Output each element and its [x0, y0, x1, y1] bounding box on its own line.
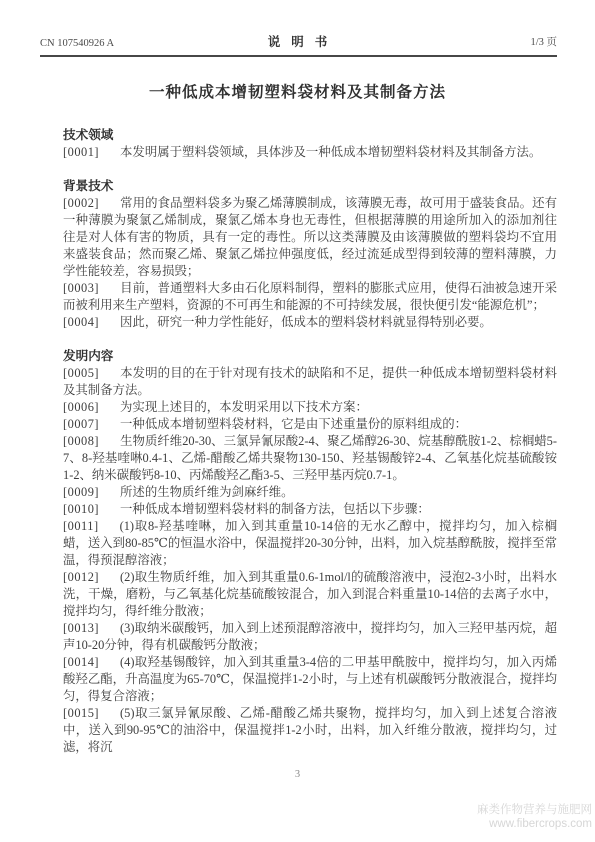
paragraph-text: 本发明的目的在于针对现有技术的缺陷和不足，提供一种低成本增韧塑料袋材料及其制备方… [63, 366, 557, 397]
paragraph-number: [0009] [63, 485, 99, 499]
paragraph: [0008]生物质纤维20-30、三氯异氰尿酸2-4、聚乙烯醇26-30、烷基醇… [63, 433, 557, 484]
header-rule [40, 55, 557, 57]
paragraph-number: [0004] [63, 315, 99, 329]
paragraph: [0010]一种低成本增韧塑料袋材料的制备方法，包括以下步骤： [63, 501, 557, 518]
paragraph-text: (5)取三氯异氰尿酸、乙烯-醋酸乙烯共聚物，搅拌均匀，加入到上述复合溶液中，送入… [63, 706, 557, 754]
paragraph-number: [0006] [63, 400, 99, 414]
page-number: 3 [0, 769, 595, 780]
paragraph: [0007]一种低成本增韧塑料袋材料，它是由下述重量份的原料组成的： [63, 416, 557, 433]
paragraph-text: 所述的生物质纤维为剑麻纤维。 [120, 485, 293, 499]
paragraph-text: 生物质纤维20-30、三氯异氰尿酸2-4、聚乙烯醇26-30、烷基醇酰胺1-2、… [63, 434, 557, 482]
watermark-site-url: www.fibercrops.com [477, 818, 592, 832]
paragraph-text: 目前，普通塑料大多由石化原料制得，塑料的膨胀式应用，使得石油被急速开采而被利用来… [63, 281, 557, 312]
paragraph-number: [0013] [63, 621, 99, 635]
paragraph-text: (4)取羟基锡酸锌，加入到其重量3-4倍的二甲基甲酰胺中，搅拌均匀，加入丙烯酸羟… [63, 655, 557, 703]
paragraph-text: 一种低成本增韧塑料袋材料的制备方法，包括以下步骤： [120, 502, 430, 516]
paragraph-number: [0008] [63, 434, 99, 448]
paragraph: [0006]为实现上述目的，本发明采用以下技术方案： [63, 399, 557, 416]
doc-type-title: 说明书 [257, 32, 339, 50]
document-body: 技术领域[0001]本发明属于塑料袋领域，具体涉及一种低成本增韧塑料袋材料及其制… [63, 127, 557, 756]
paragraph: [0002]常用的食品塑料袋多为聚乙烯薄膜制成，该薄膜无毒，故可用于盛装食品。还… [63, 195, 557, 280]
paragraph-text: 为实现上述目的，本发明采用以下技术方案： [120, 400, 368, 414]
paragraph-number: [0010] [63, 502, 99, 516]
paragraph: [0005]本发明的目的在于针对现有技术的缺陷和不足，提供一种低成本增韧塑料袋材… [63, 365, 557, 399]
section-heading: 发明内容 [63, 348, 557, 365]
paragraph-number: [0015] [63, 706, 99, 720]
invention-title: 一种低成本增韧塑料袋材料及其制备方法 [0, 80, 595, 102]
paragraph-number: [0005] [63, 366, 99, 380]
paragraph: [0015](5)取三氯异氰尿酸、乙烯-醋酸乙烯共聚物，搅拌均匀，加入到上述复合… [63, 705, 557, 756]
paragraph: [0003]目前，普通塑料大多由石化原料制得，塑料的膨胀式应用，使得石油被急速开… [63, 280, 557, 314]
watermark: 麻类作物营养与施肥网 www.fibercrops.com [477, 804, 592, 831]
patent-specification-page: CN 107540926 A 说明书 1/3 页 一种低成本增韧塑料袋材料及其制… [0, 0, 595, 842]
paragraph-number: [0011] [63, 519, 99, 533]
section-heading: 技术领域 [63, 127, 557, 144]
paragraph-text: 常用的食品塑料袋多为聚乙烯薄膜制成，该薄膜无毒，故可用于盛装食品。还有一种薄膜为… [63, 196, 557, 278]
paragraph: [0014](4)取羟基锡酸锌，加入到其重量3-4倍的二甲基甲酰胺中，搅拌均匀，… [63, 654, 557, 705]
paragraph: [0011](1)取8-羟基喹啉，加入到其重量10-14倍的无水乙醇中，搅拌均匀… [63, 518, 557, 569]
paragraph-text: (3)取纳米碳酸钙，加入到上述预混醇溶液中，搅拌均匀，加入三羟甲基丙烷，超声10… [63, 621, 557, 652]
paragraph-number: [0003] [63, 281, 99, 295]
paragraph-text: (1)取8-羟基喹啉，加入到其重量10-14倍的无水乙醇中，搅拌均匀，加入棕榈蜡… [63, 519, 557, 567]
section-heading: 背景技术 [63, 178, 557, 195]
paragraph: [0001]本发明属于塑料袋领域，具体涉及一种低成本增韧塑料袋材料及其制备方法。 [63, 144, 557, 161]
paragraph: [0012](2)取生物质纤维，加入到其重量0.6-1mol/l的硫酸溶液中，浸… [63, 569, 557, 620]
page-indicator: 1/3 页 [530, 34, 557, 49]
publication-number: CN 107540926 A [40, 38, 114, 49]
paragraph-number: [0007] [63, 417, 99, 431]
paragraph: [0009]所述的生物质纤维为剑麻纤维。 [63, 484, 557, 501]
paragraph: [0013](3)取纳米碳酸钙，加入到上述预混醇溶液中，搅拌均匀，加入三羟甲基丙… [63, 620, 557, 654]
paragraph-text: (2)取生物质纤维，加入到其重量0.6-1mol/l的硫酸溶液中，浸泡2-3小时… [63, 570, 557, 618]
paragraph-text: 因此，研究一种力学性能好，低成本的塑料袋材料就显得特别必要。 [120, 315, 492, 329]
watermark-site-name: 麻类作物营养与施肥网 [477, 804, 592, 818]
paragraph-number: [0012] [63, 570, 99, 584]
paragraph-number: [0001] [63, 145, 99, 159]
paragraph-number: [0002] [63, 196, 99, 210]
paragraph: [0004]因此，研究一种力学性能好，低成本的塑料袋材料就显得特别必要。 [63, 314, 557, 331]
paragraph-text: 一种低成本增韧塑料袋材料，它是由下述重量份的原料组成的： [120, 417, 467, 431]
paragraph-text: 本发明属于塑料袋领域，具体涉及一种低成本增韧塑料袋材料及其制备方法。 [120, 145, 541, 159]
paragraph-number: [0014] [63, 655, 99, 669]
page-header: CN 107540926 A 说明书 1/3 页 [0, 0, 595, 55]
